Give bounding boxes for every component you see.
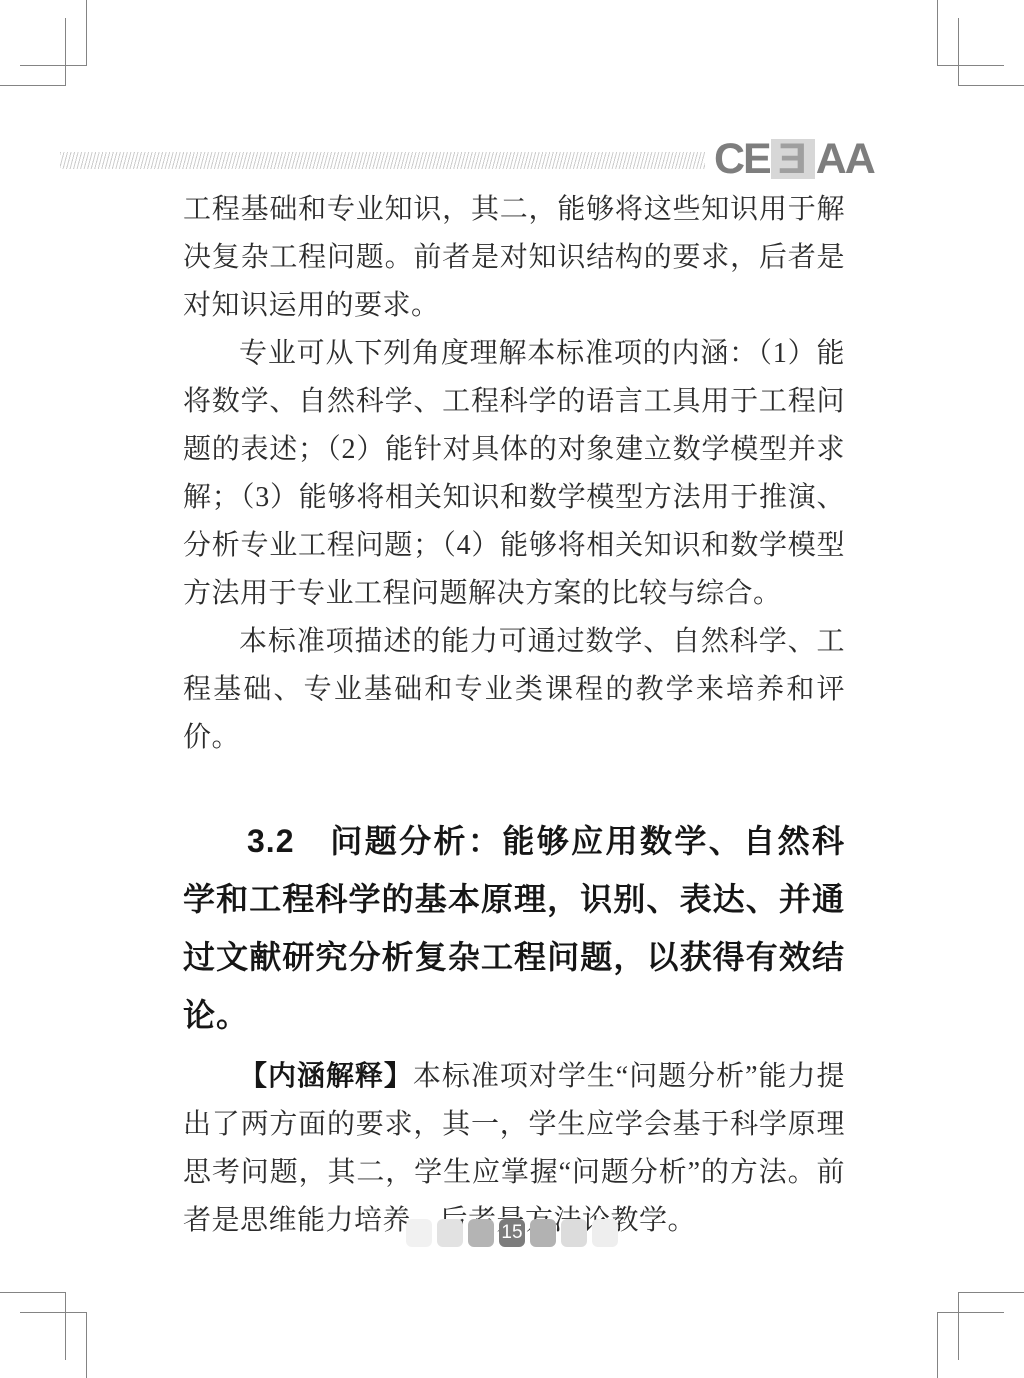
connotation-label: 【内涵解释】 <box>239 1060 413 1091</box>
pager-square-1 <box>406 1219 432 1247</box>
crop-mark-top-right <box>924 0 1024 100</box>
pager-square-6 <box>561 1219 587 1247</box>
logo-text-ce: CE <box>714 138 770 181</box>
crop-mark-bottom-right <box>924 1278 1024 1378</box>
paragraph-knowledge-requirement: 工程基础和专业知识，其二，能够将这些知识用于解决复杂工程问题。前者是对知识结构的… <box>183 186 845 330</box>
paragraph-standard-interpretation: 专业可从下列角度理解本标准项的内涵：（1）能将数学、自然科学、工程科学的语言工具… <box>183 330 845 618</box>
header-hatch-rule <box>60 152 705 169</box>
paragraph-connotation-explanation: 【内涵解释】本标准项对学生“问题分析”能力提出了两方面的要求，其一，学生应学会基… <box>183 1052 845 1245</box>
pager-square-7 <box>592 1219 618 1247</box>
section-heading-3-2: 3.2 问题分析：能够应用数学、自然科学和工程科学的基本原理，识别、表达、并通过… <box>183 812 845 1044</box>
ceeaa-logo: CE E AA <box>714 138 874 180</box>
crop-mark-top-left <box>0 0 100 100</box>
pager-square-2 <box>437 1219 463 1247</box>
logo-reversed-e-box: E <box>771 139 815 179</box>
logo-text-aa: AA <box>816 138 874 181</box>
book-page: CE E AA 工程基础和专业知识，其二，能够将这些知识用于解决复杂工程问题。前… <box>0 0 1024 1378</box>
text-column: 工程基础和专业知识，其二，能够将这些知识用于解决复杂工程问题。前者是对知识结构的… <box>183 186 845 1245</box>
page-indicator: 15 <box>0 1219 1024 1247</box>
pager-square-3 <box>468 1219 494 1247</box>
current-page-number: 15 <box>499 1219 525 1247</box>
crop-mark-bottom-left <box>0 1278 100 1378</box>
reversed-e-glyph: E <box>778 138 807 181</box>
pager-square-5 <box>530 1219 556 1247</box>
paragraph-course-cultivation: 本标准项描述的能力可通过数学、自然科学、工程基础、专业基础和专业类课程的教学来培… <box>183 618 845 762</box>
